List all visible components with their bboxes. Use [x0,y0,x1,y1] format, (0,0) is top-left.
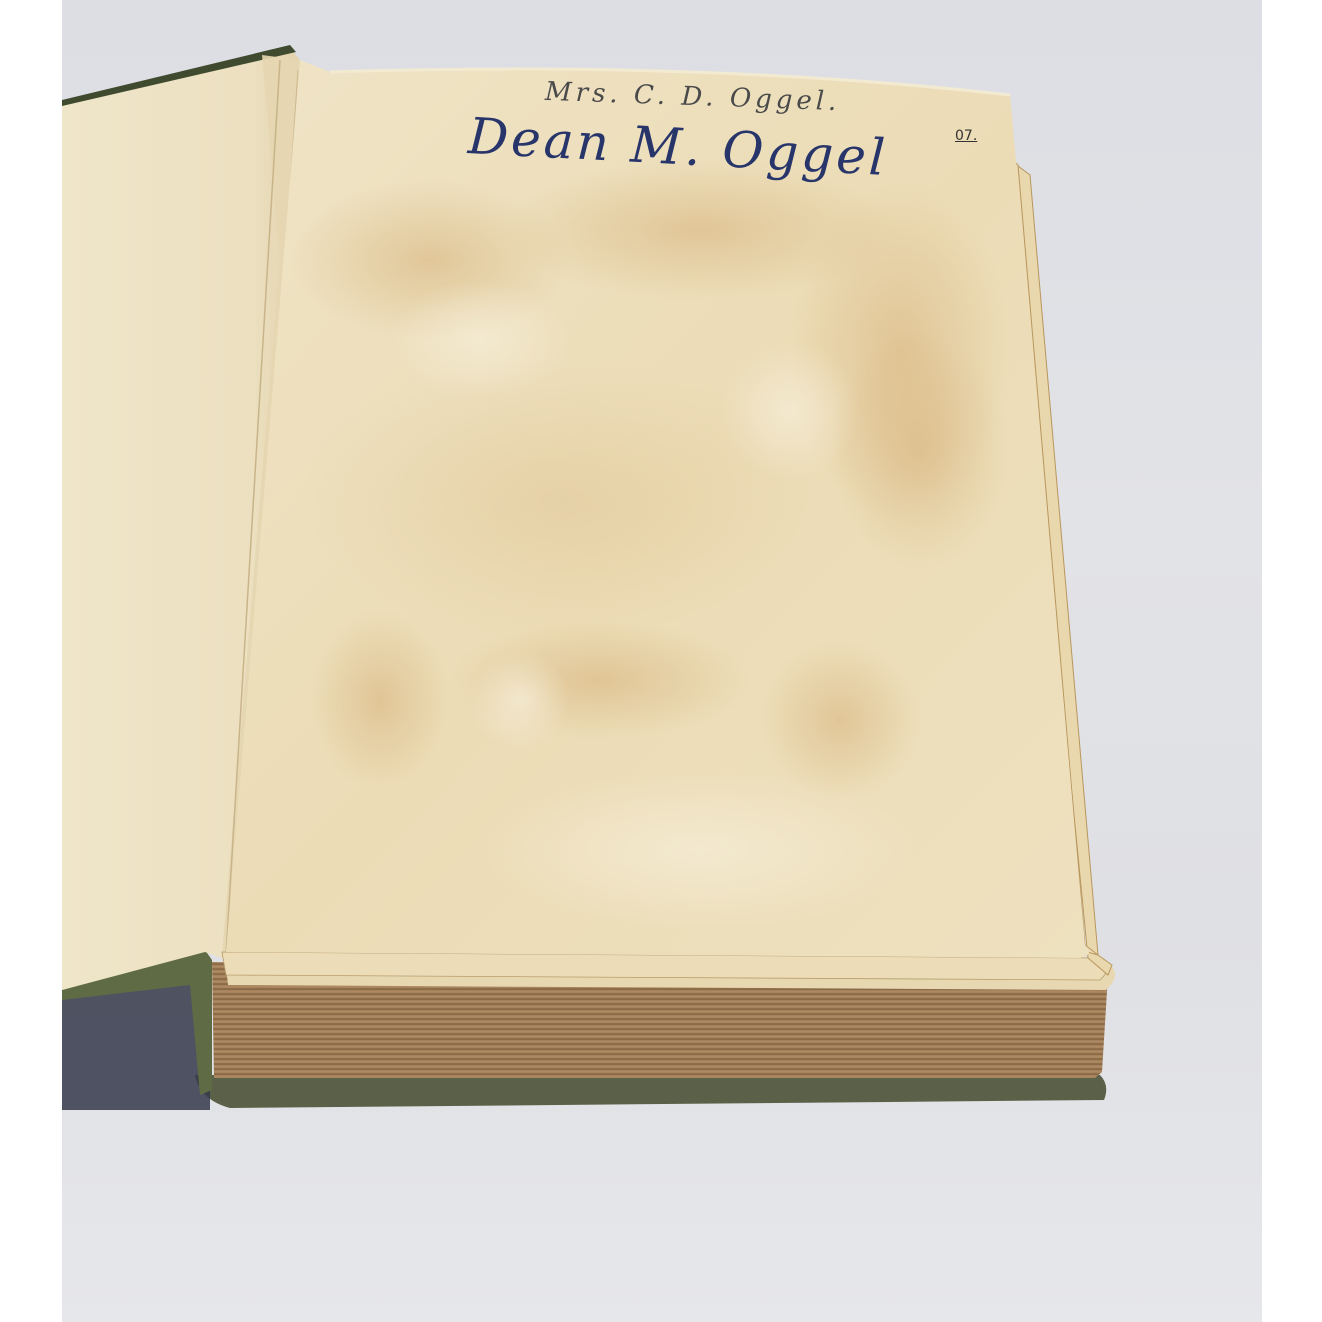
back-cover [195,1075,1106,1108]
left-border [0,0,62,1322]
right-border [1262,0,1322,1322]
book [0,0,1322,1322]
corner-mark: 07. [955,128,977,144]
